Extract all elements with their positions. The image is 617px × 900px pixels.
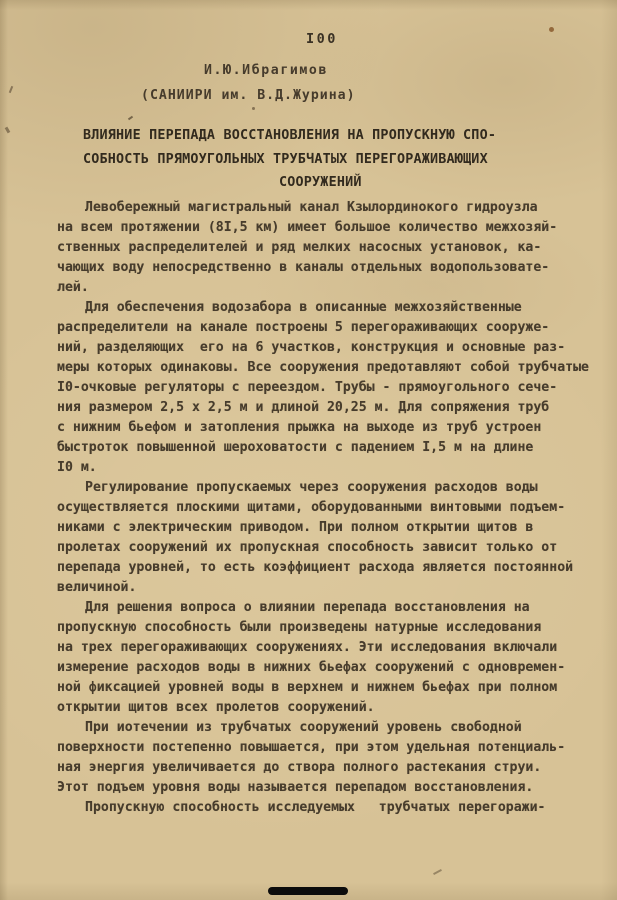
paragraph: Для обеспечения водозабора в описанные м… [57, 298, 602, 478]
paragraph: Левобережный магистральный канал Кзылорд… [57, 198, 602, 298]
text-line: поверхности постепенно повышается, при э… [57, 738, 602, 758]
scanned-paper-page: I00 И.Ю.Ибрагимов (САНИИРИ им. В.Д.Журин… [0, 0, 617, 900]
text-line: Пропускную способность исследуемых трубч… [57, 798, 602, 818]
text-line: осуществляется плоскими щитами, оборудов… [57, 498, 602, 518]
text-line: чающих воду непосредственно в каналы отд… [57, 258, 602, 278]
text-line: Регулирование пропускаемых через сооруже… [57, 478, 602, 498]
text-line: перепада уровней, то есть коэффициент ра… [57, 558, 602, 578]
text-line: I0 м. [57, 458, 602, 478]
text-line: ной фиксацией уровней воды в верхнем и н… [57, 678, 602, 698]
text-line: быстроток повышенной шероховатости с пад… [57, 438, 602, 458]
home-indicator-bar [268, 887, 348, 895]
text-line: на трех перегораживающих сооружениях. Эт… [57, 638, 602, 658]
text-line: меры которых одинаковы. Все сооружения п… [57, 358, 602, 378]
author-name: И.Ю.Ибрагимов [204, 63, 328, 78]
paper-speck [252, 107, 255, 110]
text-line: I0-очковые регуляторы с переездом. Трубы… [57, 378, 602, 398]
paper-speck [9, 86, 13, 93]
text-line: ная энергия увеличивается до створа полн… [57, 758, 602, 778]
text-line: величиной. [57, 578, 602, 598]
text-line: открытии щитов всех пролетов сооружений. [57, 698, 602, 718]
text-line: Для решения вопроса о влиянии перепада в… [57, 598, 602, 618]
author-affiliation: (САНИИРИ им. В.Д.Журина) [141, 88, 356, 103]
text-line: пролетах сооружений их пропускная способ… [57, 538, 602, 558]
text-line: ственных распределителей и ряд мелких на… [57, 238, 602, 258]
text-line: пропускную способность были произведены … [57, 618, 602, 638]
text-line: ний, разделяющих его на 6 участков, конс… [57, 338, 602, 358]
text-line: ния размером 2,5 х 2,5 м и длиной 20,25 … [57, 398, 602, 418]
paragraph: При иотечении из трубчатых сооружений ур… [57, 718, 602, 798]
text-line: Левобережный магистральный канал Кзылорд… [57, 198, 602, 218]
text-line: никами с электрическим приводом. При пол… [57, 518, 602, 538]
text-line: распределители на канале построены 5 пер… [57, 318, 602, 338]
paper-speck [433, 869, 442, 875]
text-line: на всем протяжении (8I,5 км) имеет больш… [57, 218, 602, 238]
text-line: Этот подъем уровня воды называется переп… [57, 778, 602, 798]
text-line: измерение расходов воды в нижних бьефах … [57, 658, 602, 678]
text-line: СООРУЖЕНИЙ [279, 171, 513, 195]
text-line: При иотечении из трубчатых сооружений ур… [57, 718, 602, 738]
text-line: СОБНОСТЬ ПРЯМОУГОЛЬНЫХ ТРУБЧАТЫХ ПЕРЕГОР… [83, 148, 513, 172]
paper-title: ВЛИЯНИЕ ПЕРЕПАДА ВОССТАНОВЛЕНИЯ НА ПРОПУ… [83, 124, 513, 195]
paragraph: Пропускную способность исследуемых трубч… [57, 798, 602, 818]
paper-speck [128, 116, 133, 121]
paper-speck [5, 127, 11, 134]
stain-dot [549, 27, 554, 32]
text-line: ВЛИЯНИЕ ПЕРЕПАДА ВОССТАНОВЛЕНИЯ НА ПРОПУ… [83, 124, 513, 148]
paragraph: Регулирование пропускаемых через сооруже… [57, 478, 602, 598]
text-line: лей. [57, 278, 602, 298]
page-number: I00 [306, 31, 338, 47]
text-line: с нижним бьефом и затопления прыжка на в… [57, 418, 602, 438]
body-text: Левобережный магистральный канал Кзылорд… [57, 198, 602, 818]
paragraph: Для решения вопроса о влиянии перепада в… [57, 598, 602, 718]
text-line: Для обеспечения водозабора в описанные м… [57, 298, 602, 318]
